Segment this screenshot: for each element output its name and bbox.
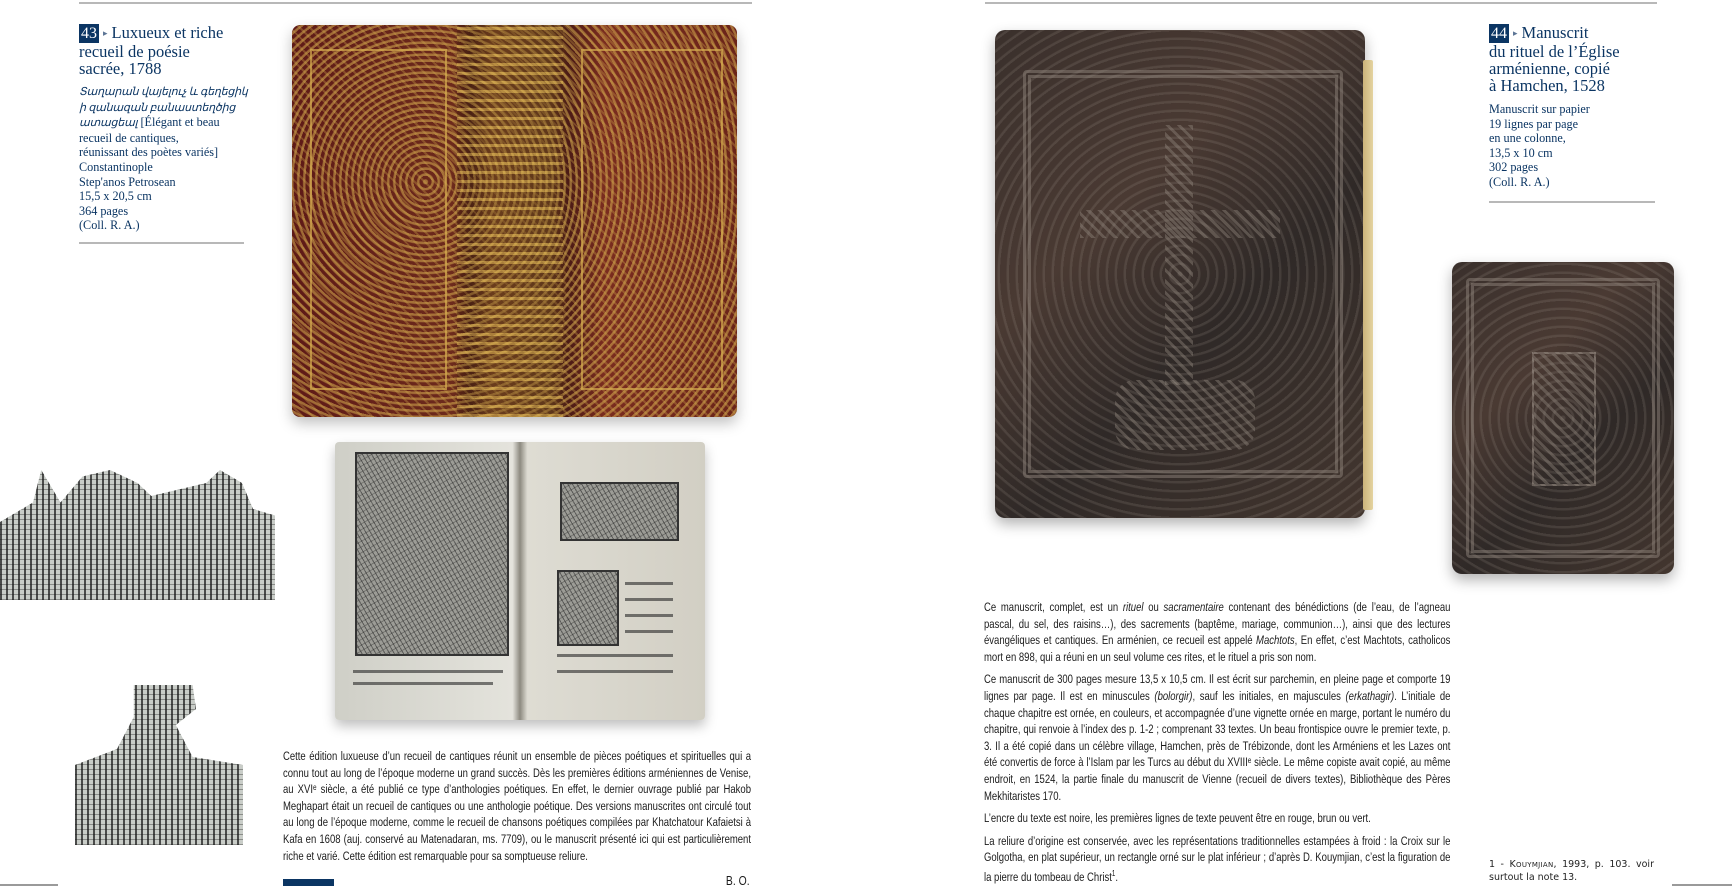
page-count: 302 pages	[1489, 160, 1538, 174]
armenian-title: ատացեալ	[79, 117, 137, 129]
collection: (Coll. R. A.)	[1489, 175, 1550, 189]
italic-term: Machtots	[1256, 633, 1295, 647]
entry-44-title: 44▸Manuscrit du rituel de l’Église armén…	[1489, 24, 1669, 94]
book-spine	[457, 25, 564, 417]
top-rule-left	[79, 2, 752, 4]
caption-rule-right	[1489, 201, 1655, 203]
text-run: , sauf les initiales, en majuscules	[1192, 689, 1345, 703]
cross-motif	[1165, 125, 1193, 385]
armenian-text-line	[625, 630, 673, 633]
title-line: sacrée, 1788	[79, 59, 161, 78]
footnote-author: Kouymjian	[1510, 859, 1554, 870]
entry-44-details: Manuscrit sur papier 19 lignes par page …	[1489, 102, 1664, 190]
cover-panel	[581, 49, 723, 390]
paragraph-4: La reliure d’origine est conservée, avec…	[984, 833, 1450, 886]
armenian-text-line	[353, 682, 493, 685]
material: Manuscrit sur papier	[1489, 102, 1590, 116]
italic-term: rituel	[1123, 600, 1144, 614]
page-edge	[1363, 60, 1373, 510]
top-rule-right	[985, 2, 1657, 4]
bottom-rule-left	[0, 884, 58, 886]
headpiece-illustration	[560, 482, 679, 541]
armenian-text-line	[353, 670, 503, 673]
text-run: ou	[1143, 600, 1163, 614]
entry-43-title: 43▸Luxueux et riche recueil de poésie sa…	[79, 24, 249, 77]
italic-term: (bolorgir)	[1154, 689, 1192, 703]
armenian-text-line	[625, 598, 673, 601]
golgotha-motif	[1115, 380, 1255, 450]
armenian-text-line	[625, 614, 673, 617]
mountain-engraving-image	[75, 685, 243, 845]
entry-43-description: Cette édition luxueuse d’un recueil de c…	[283, 748, 751, 870]
italic-term: sacramentaire	[1164, 600, 1224, 614]
entry-43-details: Տաղարան վայելուչ և գեղեցիկ ի զանազան բան…	[79, 84, 254, 233]
paragraph-1: Ce manuscrit, complet, est un rituel ou …	[984, 599, 1450, 665]
caption-rule-left	[79, 242, 244, 244]
place: Constantinople	[79, 160, 153, 174]
translation: réunissant des poètes variés]	[79, 145, 218, 159]
footnote-number: 1 -	[1489, 859, 1504, 870]
armenian-text-line	[557, 670, 673, 673]
front-cover-image	[995, 30, 1365, 518]
title-line: Luxueux et riche	[112, 23, 224, 42]
text-run: .	[1115, 870, 1118, 884]
bottom-rule-right	[1672, 884, 1732, 886]
italic-term: (erkathagir)	[1346, 689, 1395, 703]
line-count: 19 lignes par page	[1489, 117, 1578, 131]
arrow-icon: ▸	[1513, 28, 1518, 38]
column-count: en une colonne,	[1489, 131, 1566, 145]
armenian-title: ի զանազան բանաստեղծից	[79, 102, 235, 114]
initial-letter	[557, 570, 619, 646]
armenian-title: Տաղարան վայելուչ և գեղեցիկ	[79, 86, 248, 98]
entry-number-badge: 43	[79, 24, 99, 43]
castle-engraving-image	[0, 470, 275, 600]
page-count: 364 pages	[79, 204, 128, 218]
rectangle-motif	[1532, 352, 1596, 486]
armenian-text-line	[625, 582, 673, 585]
armenian-text-line	[557, 654, 673, 657]
dimensions: 15,5 x 20,5 cm	[79, 189, 152, 203]
paragraph-2: Ce manuscrit de 300 pages mesure 13,5 x …	[984, 671, 1450, 804]
translation: recueil de cantiques,	[79, 131, 179, 145]
open-book-image	[335, 442, 705, 720]
dimensions: 13,5 x 10 cm	[1489, 146, 1553, 160]
author-signature: B. O.	[726, 873, 750, 888]
description-paragraph: Cette édition luxueuse d’un recueil de c…	[283, 748, 751, 864]
text-run: . L’initiale de chaque chapitre est orné…	[984, 689, 1450, 803]
entry-number-badge: 44	[1489, 24, 1509, 43]
arrow-icon: ▸	[103, 28, 108, 38]
collection: (Coll. R. A.)	[79, 218, 140, 232]
text-run: Ce manuscrit, complet, est un	[984, 600, 1123, 614]
cross-motif	[1080, 210, 1280, 238]
gilt-binding-image	[292, 25, 737, 417]
title-line: Manuscrit	[1522, 23, 1589, 42]
paragraph-3: L’encre du texte est noire, les première…	[984, 810, 1450, 827]
printer: Step'anos Petrosean	[79, 175, 176, 189]
translation: [Élégant et beau	[140, 115, 219, 129]
title-line: à Hamchen, 1528	[1489, 76, 1605, 95]
entry-44-description: Ce manuscrit, complet, est un rituel ou …	[984, 599, 1450, 892]
cover-panel	[310, 49, 448, 390]
woodcut-illustration	[355, 452, 509, 656]
back-cover-image	[1452, 262, 1674, 574]
accent-bar	[283, 879, 334, 886]
footnote: 1 - Kouymjian, 1993, p. 103. voir surtou…	[1489, 858, 1654, 884]
text-run: La reliure d’origine est conservée, avec…	[984, 834, 1450, 884]
